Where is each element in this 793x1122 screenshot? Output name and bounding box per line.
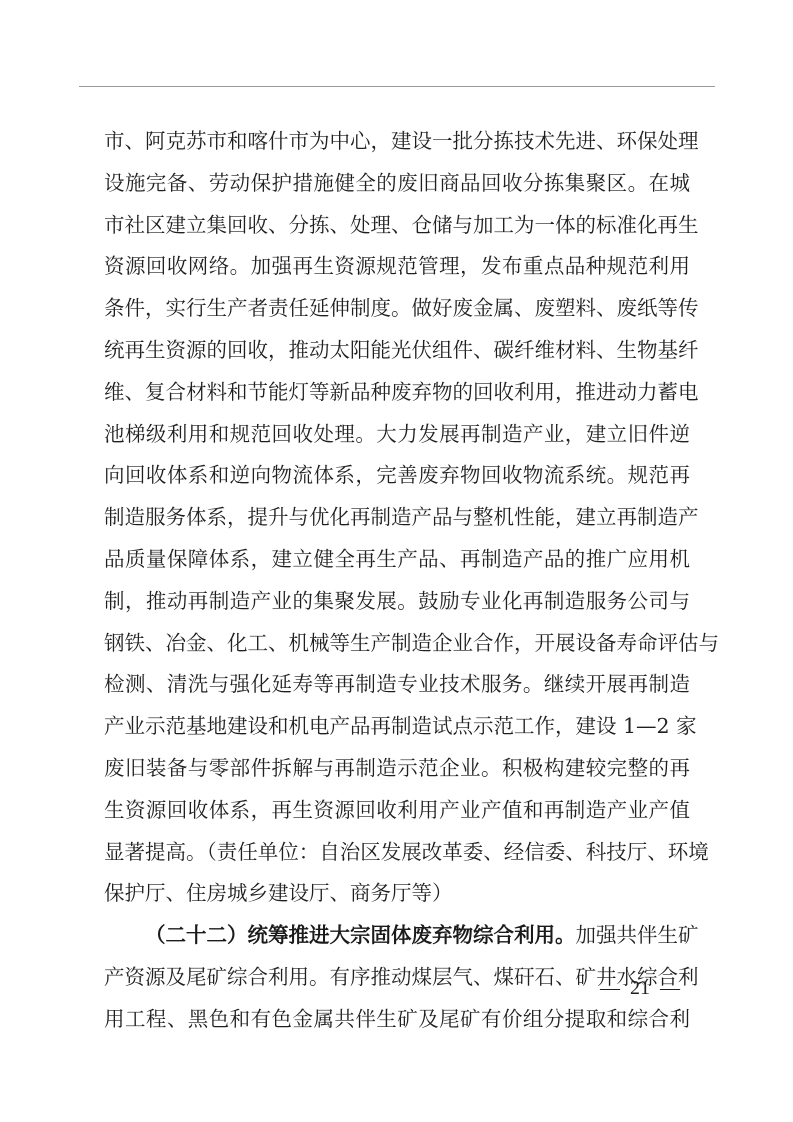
page-number: — 21 — [595, 977, 685, 1000]
text-line: 显著提高。（责任单位：自治区发展改革委、经信委、科技厅、环境 [104, 835, 690, 877]
text-line: 池梯级利用和规范回收处理。大力发展再制造产业，建立旧件逆 [104, 417, 690, 459]
text-line: 制，推动再制造产业的集聚发展。鼓励专业化再制造服务公司与 [104, 584, 690, 626]
text-line: 市社区建立集回收、分拣、处理、仓储与加工为一体的标准化再生 [104, 208, 690, 250]
text-line: 钢铁、冶金、化工、机械等生产制造企业合作，开展设备寿命评估与 [104, 626, 690, 668]
header-rule [79, 86, 715, 87]
heading-line-text: 加强共伴生矿 [576, 923, 699, 947]
text-line: 资源回收网络。加强再生资源规范管理，发布重点品种规范利用 [104, 249, 690, 291]
text-line: 设施完备、劳动保护措施健全的废旧商品回收分拣集聚区。在城 [104, 166, 690, 208]
text-line: 统再生资源的回收，推动太阳能光伏组件、碳纤维材料、生物基纤 [104, 333, 690, 375]
text-line: 品质量保障体系，建立健全再生产品、再制造产品的推广应用机 [104, 542, 690, 584]
section-heading-line: （二十二）统筹推进大宗固体废弃物综合利用。加强共伴生矿 [104, 918, 690, 960]
document-body: 市、阿克苏市和喀什市为中心，建设一批分拣技术先进、环保处理 设施完备、劳动保护措… [104, 124, 690, 1044]
text-line: 生资源回收体系，再生资源回收利用产业产值和再制造产业产值 [104, 793, 690, 835]
text-line: 废旧装备与零部件拆解与再制造示范企业。积极构建较完整的再 [104, 751, 690, 793]
text-line: 制造服务体系，提升与优化再制造产品与整机性能，建立再制造产 [104, 500, 690, 542]
text-line: 保护厅、住房城乡建设厅、商务厅等） [104, 876, 690, 918]
text-line: 向回收体系和逆向物流体系，完善废弃物回收物流系统。规范再 [104, 458, 690, 500]
text-line: 维、复合材料和节能灯等新品种废弃物的回收利用，推进动力蓄电 [104, 375, 690, 417]
text-line: 产业示范基地建设和机电产品再制造试点示范工作，建设 1—2 家 [104, 709, 690, 751]
paragraph-recycling-network: 市、阿克苏市和喀什市为中心，建设一批分拣技术先进、环保处理 设施完备、劳动保护措… [104, 124, 690, 918]
text-line: 市、阿克苏市和喀什市为中心，建设一批分拣技术先进、环保处理 [104, 124, 690, 166]
text-line: 条件，实行生产者责任延伸制度。做好废金属、废塑料、废纸等传 [104, 291, 690, 333]
text-line: 检测、清洗与强化延寿等再制造专业技术服务。继续开展再制造 [104, 667, 690, 709]
section-heading: （二十二）统筹推进大宗固体废弃物综合利用。 [145, 923, 576, 947]
text-line: 用工程、黑色和有色金属共伴生矿及尾矿有价组分提取和综合利 [104, 1002, 690, 1044]
